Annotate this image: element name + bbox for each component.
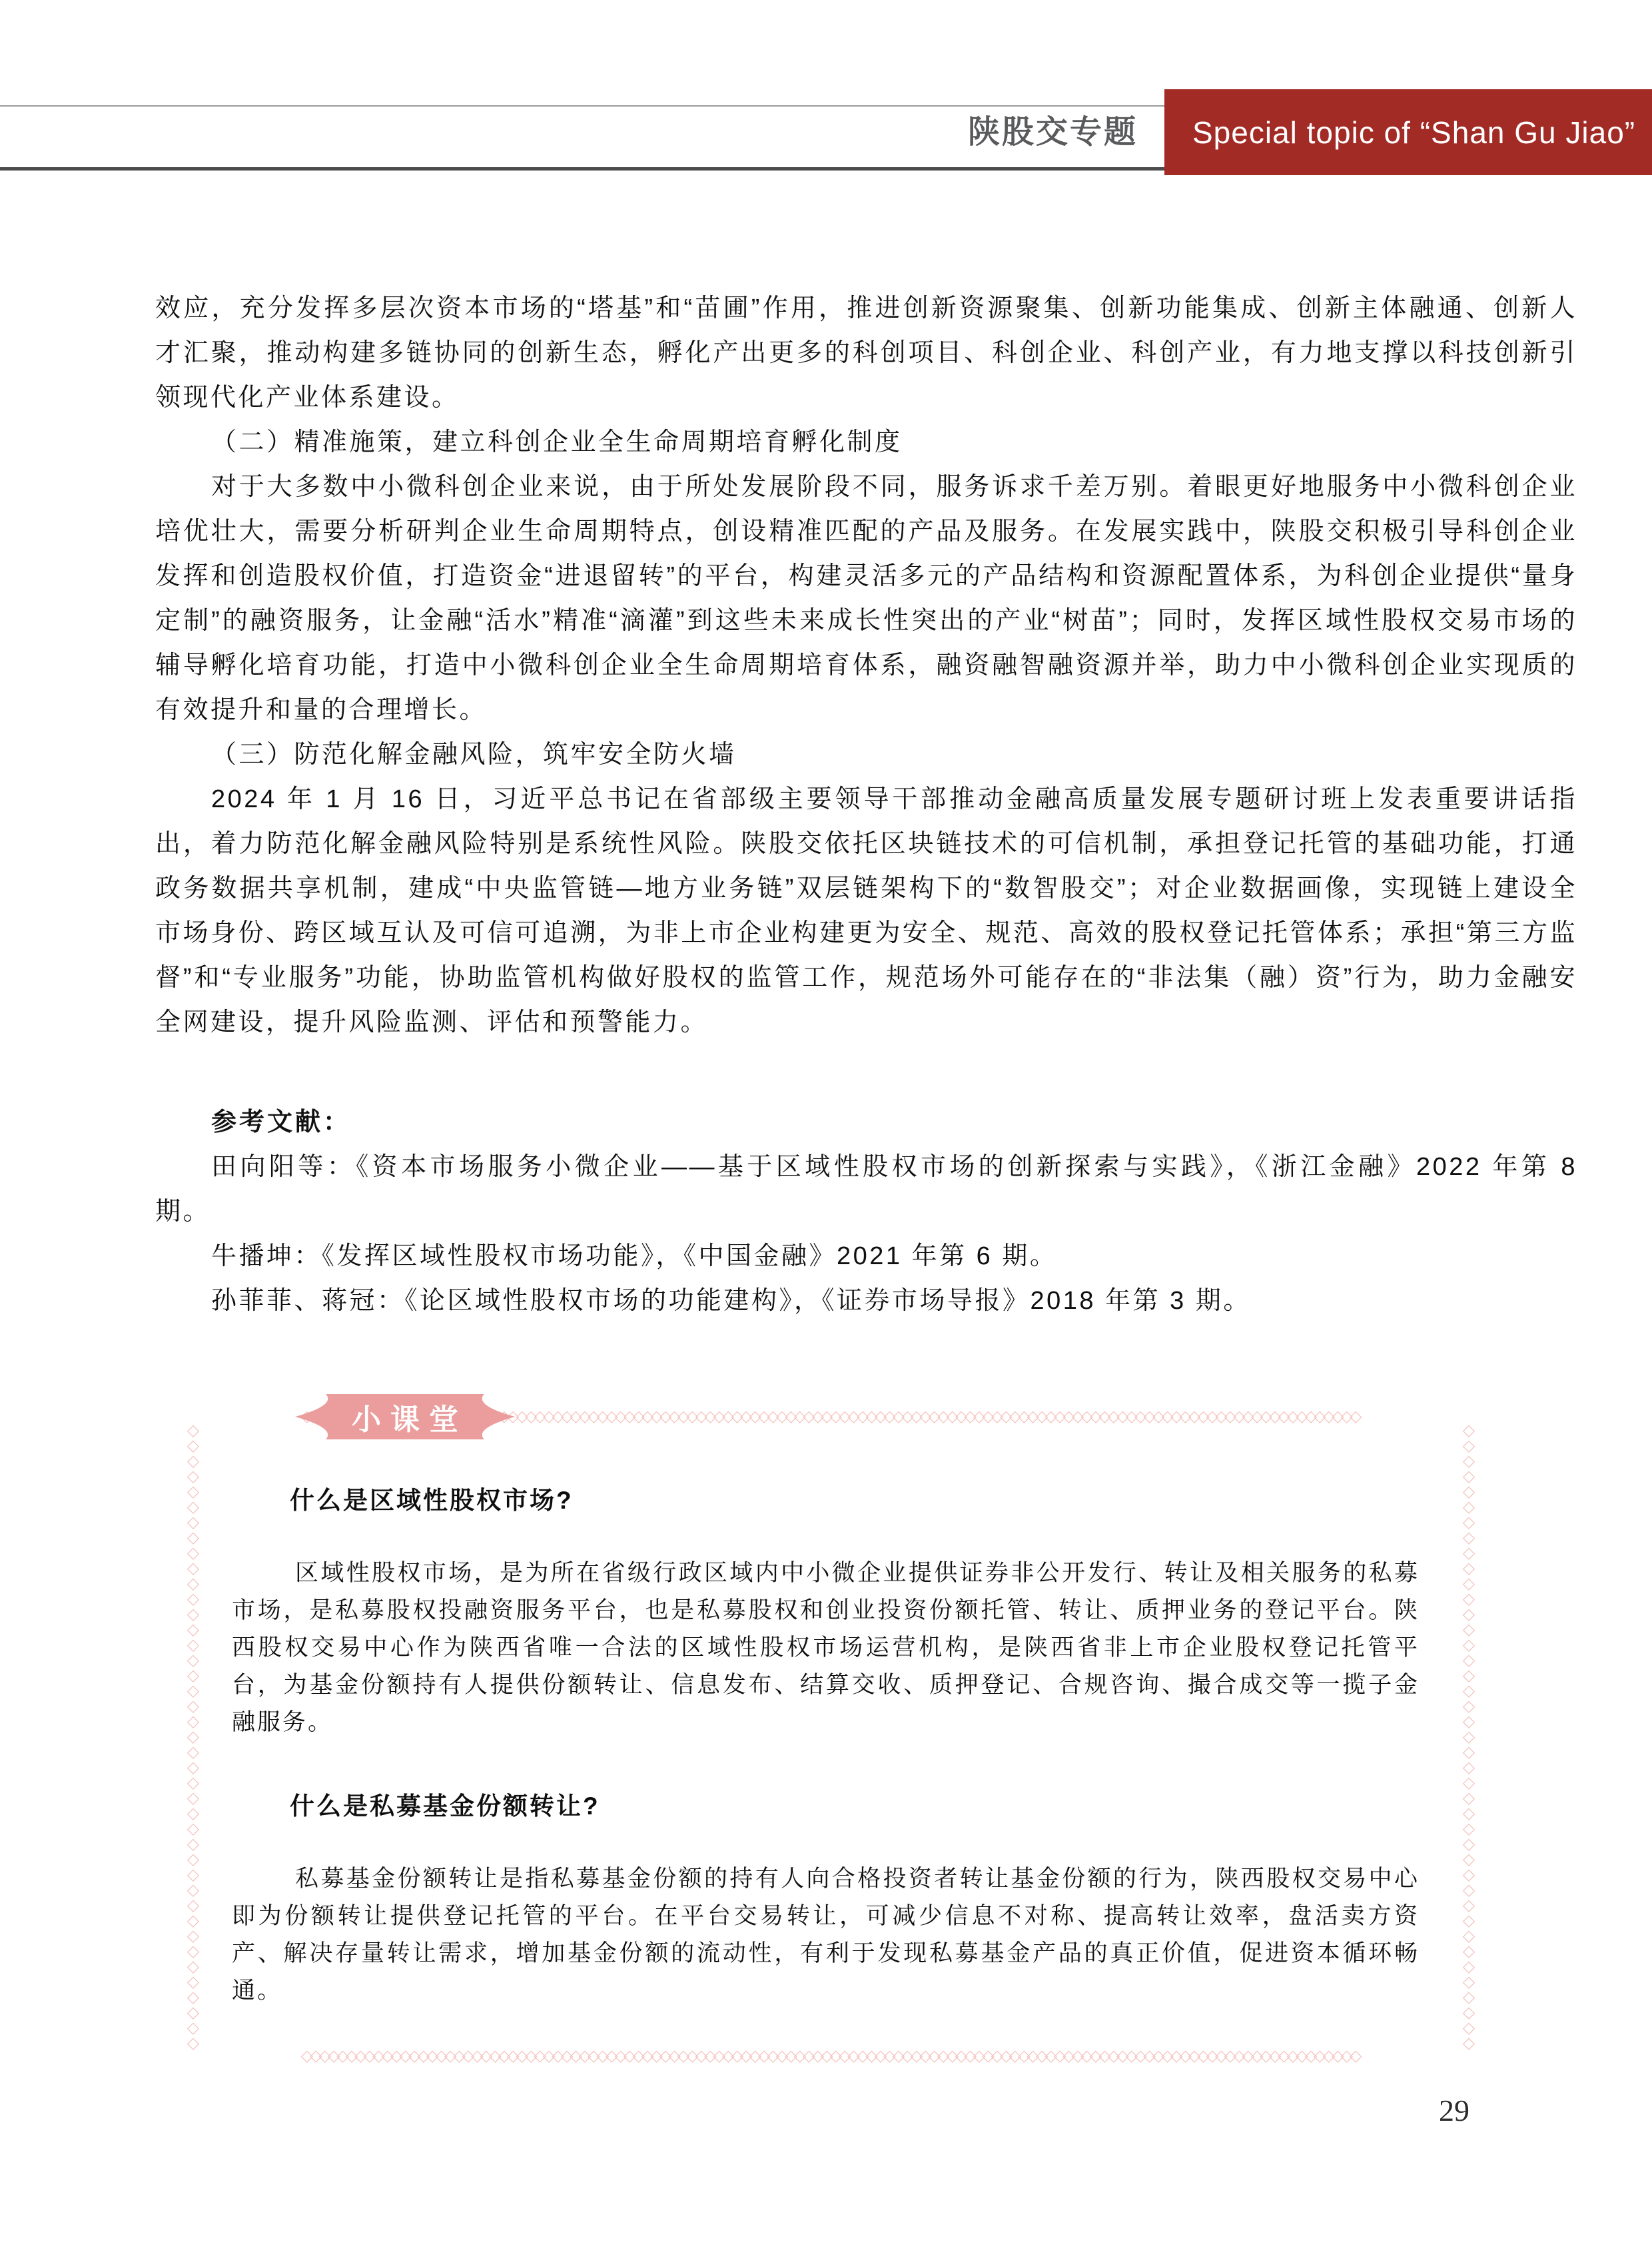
paragraph-continuation: 效应，充分发挥多层次资本市场的“塔基”和“苗圃”作用，推进创新资源聚集、创新功能… (155, 286, 1577, 420)
magazine-page: { "page": { "number": "29" }, "header": … (0, 0, 1652, 2242)
classroom-answer: 私募基金份额转让是指私募基金份额的持有人向合格投资者转让基金份额的行为，陕西股权… (232, 1860, 1420, 2010)
reference-item: 孙菲菲、蒋冠：《论区域性股权市场的功能建构》，《证券市场导报》2018 年第 3… (155, 1279, 1577, 1323)
reference-item: 田向阳等：《资本市场服务小微企业——基于区域性股权市场的创新探索与实践》，《浙江… (155, 1145, 1577, 1234)
section-heading-3: （三）防范化解金融风险，筑牢安全防火墙 (155, 733, 1577, 777)
header-accent-box: Special topic of “Shan Gu Jiao” (1164, 89, 1652, 175)
classroom-question: 什么是区域性股权市场? (290, 1482, 1420, 1519)
classroom-answer: 区域性股权市场，是为所在省级行政区域内中小微企业提供证券非公开发行、转让及相关服… (232, 1555, 1420, 1741)
header-title-cn: 陕股交专题 (968, 89, 1138, 175)
classroom-border-right: ◇◇◇◇◇◇◇◇◇◇◇◇◇◇◇◇◇◇◇◇◇◇◇◇◇◇◇◇◇◇◇◇◇◇◇◇◇◇◇◇… (1459, 1421, 1476, 2052)
article-body: 效应，充分发挥多层次资本市场的“塔基”和“苗圃”作用，推进创新资源聚集、创新功能… (155, 286, 1577, 1045)
reference-item: 牛播坤：《发挥区域性股权市场功能》，《中国金融》2021 年第 6 期。 (155, 1234, 1577, 1279)
references-section: 参考文献： 田向阳等：《资本市场服务小微企业——基于区域性股权市场的创新探索与实… (155, 1100, 1577, 1323)
references-heading: 参考文献： (155, 1100, 1577, 1145)
classroom-border-bottom: ◇◇◇◇◇◇◇◇◇◇◇◇◇◇◇◇◇◇◇◇◇◇◇◇◇◇◇◇◇◇◇◇◇◇◇◇◇◇◇◇… (196, 2048, 1463, 2065)
header-title-en: Special topic of “Shan Gu Jiao” (1192, 115, 1635, 151)
classroom-box: ◇◇◇◇◇◇◇◇◇◇◇◇◇◇◇◇◇◇◇◇◇◇◇◇◇◇◇◇◇◇◇◇◇◇◇◇◇◇◇◇… (192, 1417, 1467, 2056)
classroom-border-left: ◇◇◇◇◇◇◇◇◇◇◇◇◇◇◇◇◇◇◇◇◇◇◇◇◇◇◇◇◇◇◇◇◇◇◇◇◇◇◇◇… (183, 1421, 201, 2052)
classroom-question: 什么是私募基金份额转让? (290, 1788, 1420, 1825)
page-number: 29 (1439, 2093, 1469, 2128)
section-heading-2: （二）精准施策，建立科创企业全生命周期培育孵化制度 (155, 420, 1577, 465)
paragraph: 对于大多数中小微科创企业来说，由于所处发展阶段不同，服务诉求千差万别。着眼更好地… (155, 465, 1577, 733)
paragraph: 2024 年 1 月 16 日，习近平总书记在省部级主要领导干部推动金融高质量发… (155, 777, 1577, 1045)
classroom-content: 什么是区域性股权市场? 区域性股权市场，是为所在省级行政区域内中小微企业提供证券… (232, 1417, 1420, 2010)
